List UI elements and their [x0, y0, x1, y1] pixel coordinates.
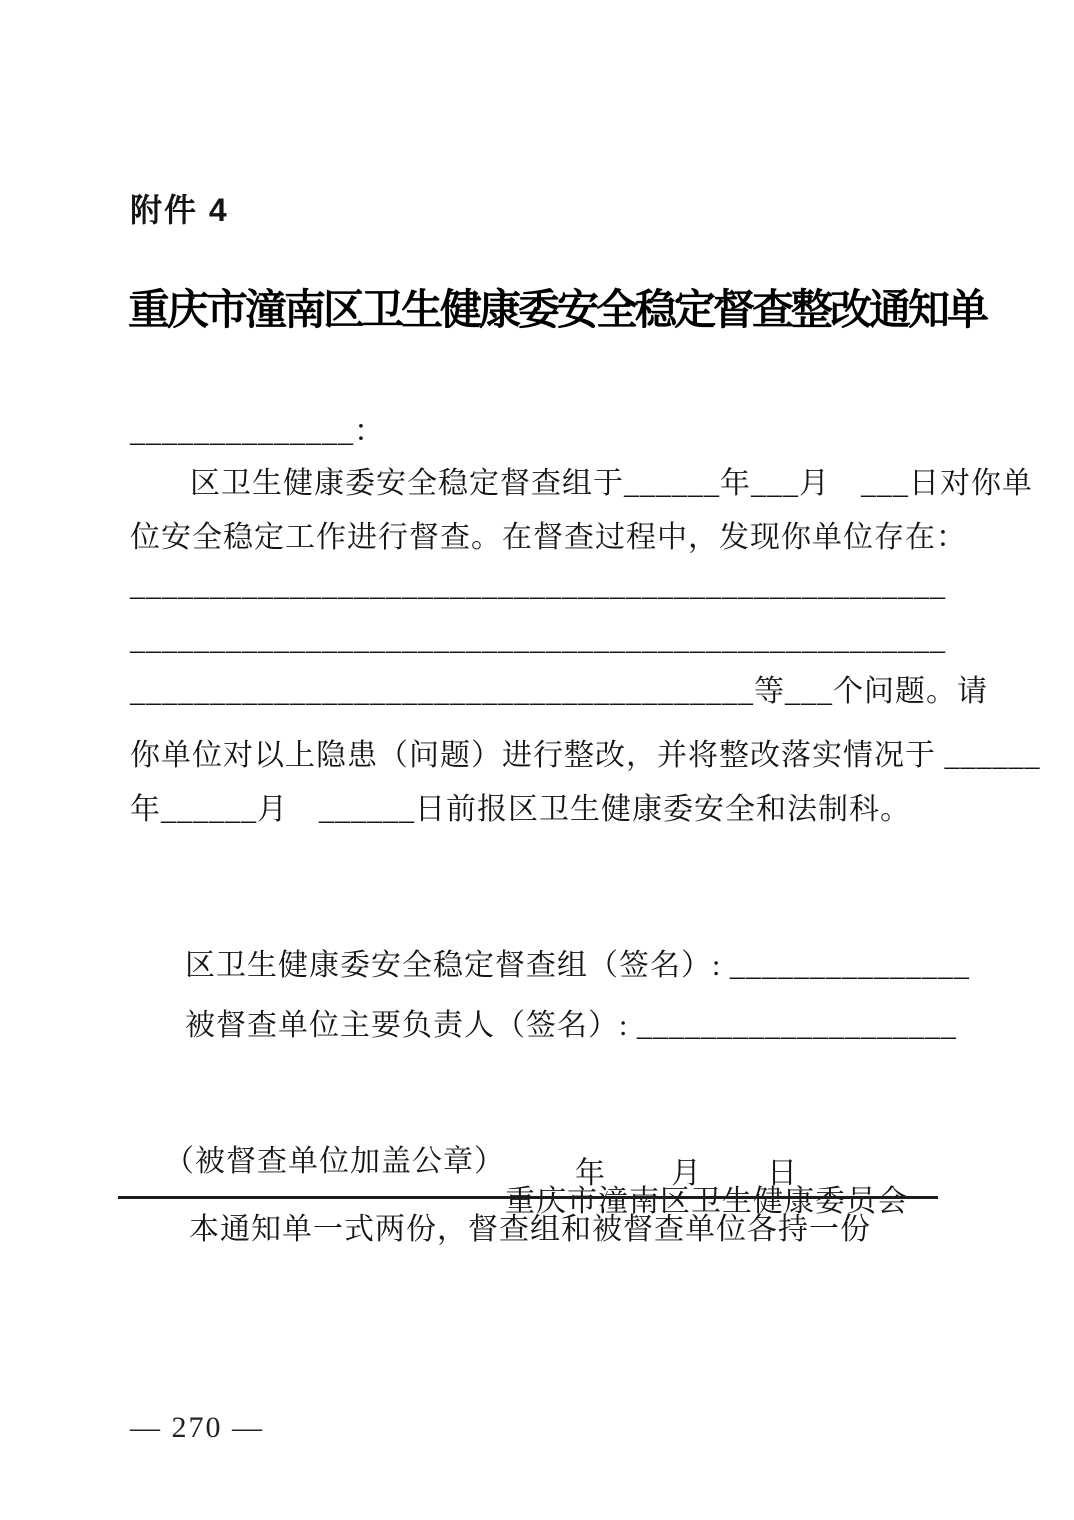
document-page: 附件 4 重庆市潼南区卫生健康委安全稳定督查整改通知单 ____________…	[0, 0, 1074, 1520]
fill-in-blank-line-1: ________________________________________…	[130, 566, 946, 606]
stamp-instruction: （被督查单位加盖公章）	[164, 1145, 505, 1178]
salutation-line: ______________：	[130, 412, 385, 452]
copies-note: 本通知单一式两份，督查组和被督查单位各持一份	[130, 1210, 930, 1250]
document-title: 重庆市潼南区卫生健康委安全稳定督查整改通知单	[128, 285, 944, 337]
body-paragraph-line-4: 年______月 ______日前报区卫生健康委安全和法制科。	[130, 790, 911, 830]
body-paragraph-line-2: 位安全稳定工作进行督查。在督查过程中，发现你单位存在：	[130, 518, 967, 558]
footer-divider-rule	[118, 1196, 938, 1199]
date-blank-line: 年 月 日	[575, 1154, 799, 1194]
attachment-label: 附件 4	[130, 190, 229, 230]
body-paragraph-line-1: 区卫生健康委安全稳定督查组于______年___月 ___日对你单	[130, 464, 1033, 504]
body-paragraph-line-3: 你单位对以上隐患（问题）进行整改，并将整改落实情况于 ______	[130, 736, 1041, 776]
page-number: — 270 —	[130, 1408, 264, 1448]
fill-in-blank-line-2: ________________________________________…	[130, 620, 946, 660]
inspector-signature-line: 区卫生健康委安全稳定督查组（签名）: _______________	[185, 946, 970, 986]
unit-head-signature-line: 被督查单位主要负责人（签名）: ____________________	[185, 1006, 957, 1046]
fill-in-blank-line-3: _______________________________________等…	[130, 672, 988, 712]
